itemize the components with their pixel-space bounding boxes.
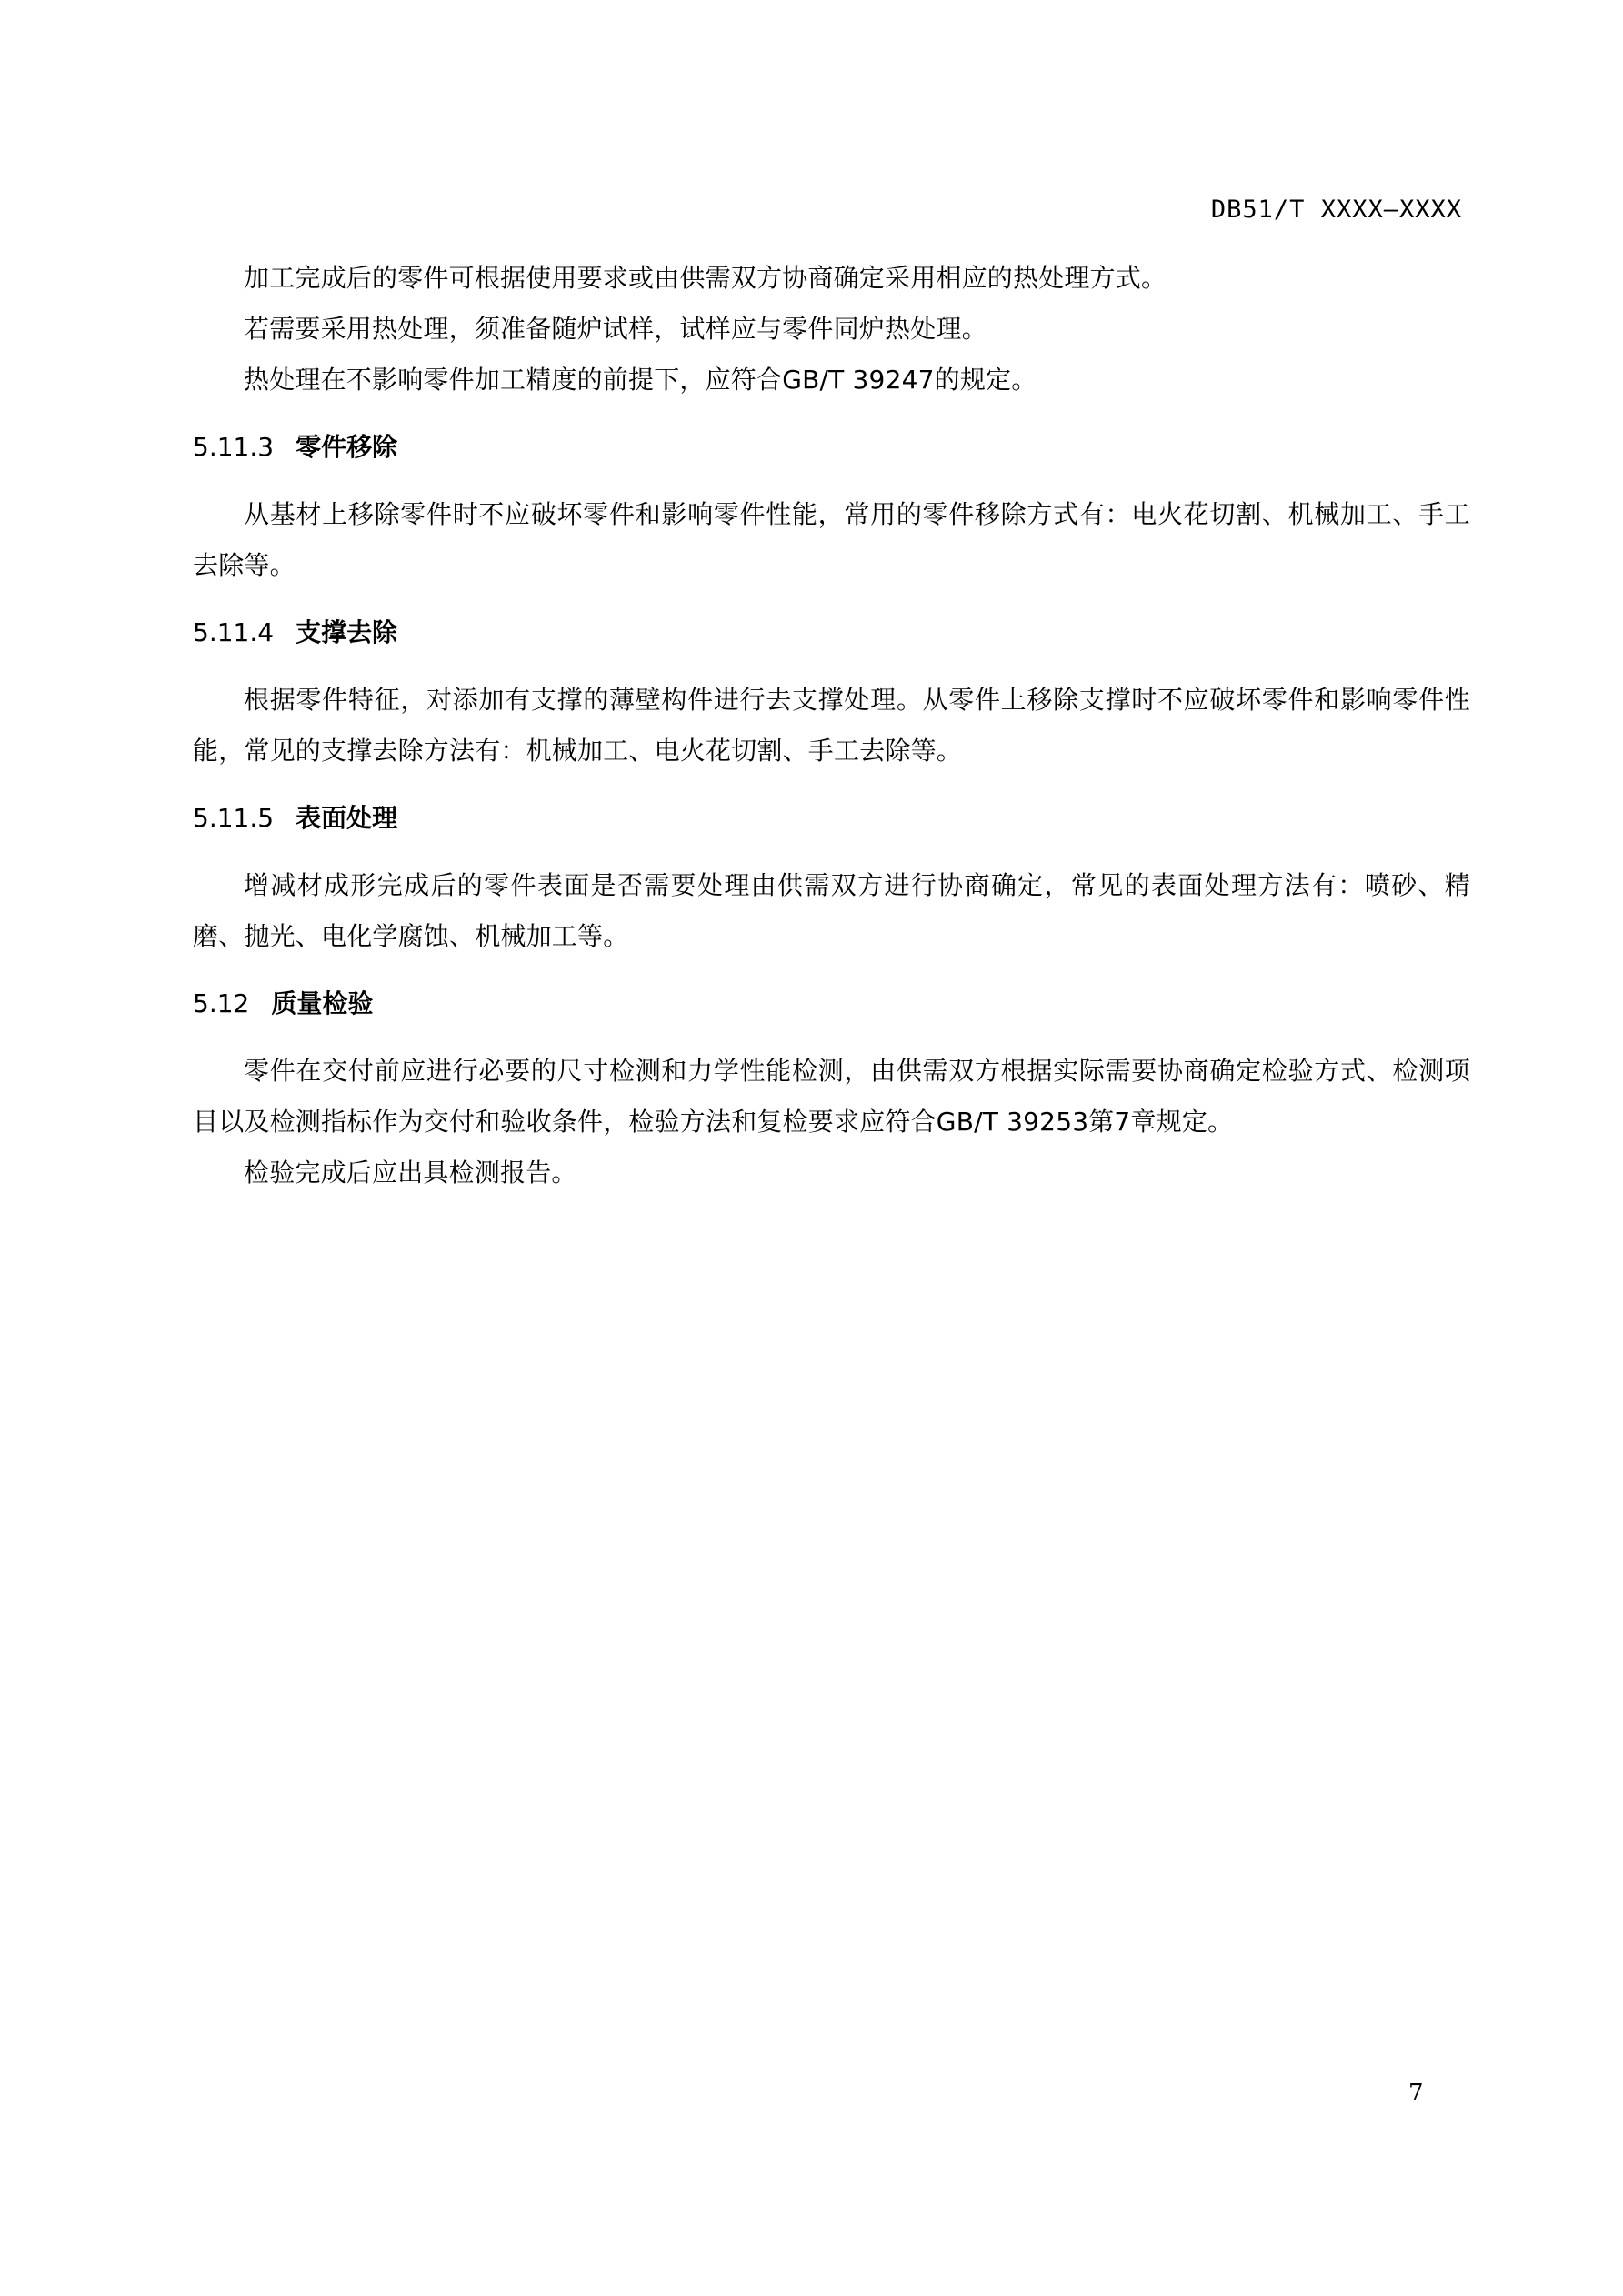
section-heading-5-11-5: 5.11.5表面处理 [193,800,1470,837]
document-body: 加工完成后的零件可根据使用要求或由供需双方协商确定采用相应的热处理方式。 若需要… [193,253,1470,1198]
section-number: 5.11.3 [193,432,274,462]
section-title: 零件移除 [296,432,397,462]
paragraph: 零件在交付前应进行必要的尺寸检测和力学性能检测，由供需双方根据实际需要协商确定检… [193,1046,1470,1148]
section-number: 5.12 [193,988,249,1018]
paragraph: 增减材成形完成后的零件表面是否需要处理由供需双方进行协商确定，常见的表面处理方法… [193,860,1470,962]
section-heading-5-12: 5.12质量检验 [193,986,1470,1022]
page-number: 7 [1408,2080,1424,2107]
section-title: 质量检验 [271,988,373,1018]
section-title: 表面处理 [296,803,397,833]
section-title: 支撑去除 [296,617,397,647]
paragraph: 从基材上移除零件时不应破坏零件和影响零件性能，常用的零件移除方式有：电火花切割、… [193,489,1470,591]
paragraph: 热处理在不影响零件加工精度的前提下，应符合GB/T 39247的规定。 [193,355,1470,406]
section-heading-5-11-4: 5.11.4支撑去除 [193,615,1470,651]
paragraph: 若需要采用热处理，须准备随炉试样，试样应与零件同炉热处理。 [193,304,1470,355]
paragraph: 根据零件特征，对添加有支撑的薄壁构件进行去支撑处理。从零件上移除支撑时不应破坏零… [193,675,1470,777]
section-heading-5-11-3: 5.11.3零件移除 [193,429,1470,466]
document-code: DB51/T XXXX—XXXX [1211,196,1462,224]
paragraph: 检验完成后应出具检测报告。 [193,1148,1470,1198]
section-number: 5.11.4 [193,617,274,647]
paragraph: 加工完成后的零件可根据使用要求或由供需双方协商确定采用相应的热处理方式。 [193,253,1470,304]
section-number: 5.11.5 [193,803,274,833]
